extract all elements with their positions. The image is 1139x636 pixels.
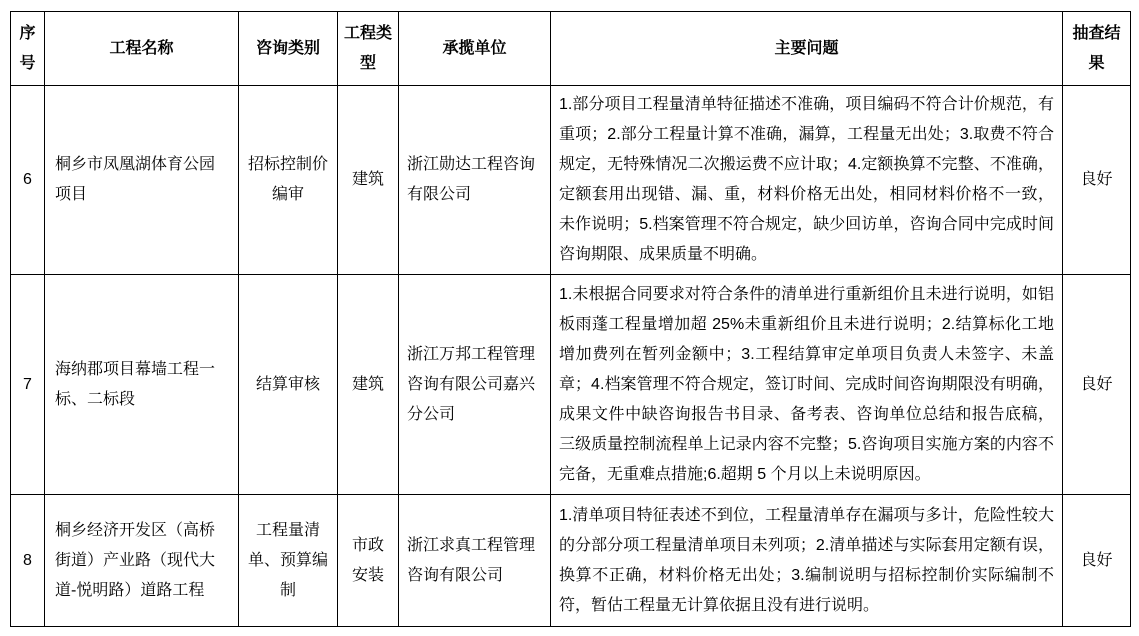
cell-consult-category: 工程量清单、预算编制 xyxy=(239,495,338,627)
table-row: 6 桐乡市凤凰湖体育公园项目 招标控制价编审 建筑 浙江勋达工程咨询有限公司 1… xyxy=(11,86,1131,275)
col-header-serial-no: 序号 xyxy=(11,12,45,86)
cell-serial-no: 7 xyxy=(11,275,45,495)
cell-spot-check-result: 良好 xyxy=(1063,495,1131,627)
cell-contractor: 浙江勋达工程咨询有限公司 xyxy=(399,86,551,275)
cell-serial-no: 6 xyxy=(11,86,45,275)
col-header-consult-category: 咨询类别 xyxy=(239,12,338,86)
cell-project-name: 桐乡市凤凰湖体育公园项目 xyxy=(45,86,239,275)
cell-project-type: 建筑 xyxy=(338,275,399,495)
cell-main-issues: 1.清单项目特征表述不到位，工程量清单存在漏项与多计，危险性较大的分部分项工程量… xyxy=(551,495,1063,627)
cell-serial-no: 8 xyxy=(11,495,45,627)
inspection-results-table: 序号 工程名称 咨询类别 工程类型 承揽单位 主要问题 抽查结果 6 桐乡市凤凰… xyxy=(10,11,1131,627)
col-header-project-type: 工程类型 xyxy=(338,12,399,86)
cell-project-type: 市政安装 xyxy=(338,495,399,627)
cell-consult-category: 招标控制价编审 xyxy=(239,86,338,275)
table-row: 7 海纳郡项目幕墙工程一标、二标段 结算审核 建筑 浙江万邦工程管理咨询有限公司… xyxy=(11,275,1131,495)
col-header-result: 抽查结果 xyxy=(1063,12,1131,86)
cell-consult-category: 结算审核 xyxy=(239,275,338,495)
document-page: 序号 工程名称 咨询类别 工程类型 承揽单位 主要问题 抽查结果 6 桐乡市凤凰… xyxy=(0,0,1139,636)
cell-main-issues: 1.未根据合同要求对符合条件的清单进行重新组价且未进行说明，如铝板雨蓬工程量增加… xyxy=(551,275,1063,495)
cell-project-name: 海纳郡项目幕墙工程一标、二标段 xyxy=(45,275,239,495)
cell-contractor: 浙江万邦工程管理咨询有限公司嘉兴分公司 xyxy=(399,275,551,495)
cell-contractor: 浙江求真工程管理咨询有限公司 xyxy=(399,495,551,627)
cell-main-issues: 1.部分项目工程量清单特征描述不准确，项目编码不符合计价规范，有重项；2.部分工… xyxy=(551,86,1063,275)
col-header-contractor: 承揽单位 xyxy=(399,12,551,86)
col-header-main-issues: 主要问题 xyxy=(551,12,1063,86)
cell-project-type: 建筑 xyxy=(338,86,399,275)
cell-spot-check-result: 良好 xyxy=(1063,86,1131,275)
cell-spot-check-result: 良好 xyxy=(1063,275,1131,495)
col-header-project-name: 工程名称 xyxy=(45,12,239,86)
table-row: 8 桐乡经济开发区（高桥街道）产业路（现代大道-悦明路）道路工程 工程量清单、预… xyxy=(11,495,1131,627)
table-header-row: 序号 工程名称 咨询类别 工程类型 承揽单位 主要问题 抽查结果 xyxy=(11,12,1131,86)
cell-project-name: 桐乡经济开发区（高桥街道）产业路（现代大道-悦明路）道路工程 xyxy=(45,495,239,627)
